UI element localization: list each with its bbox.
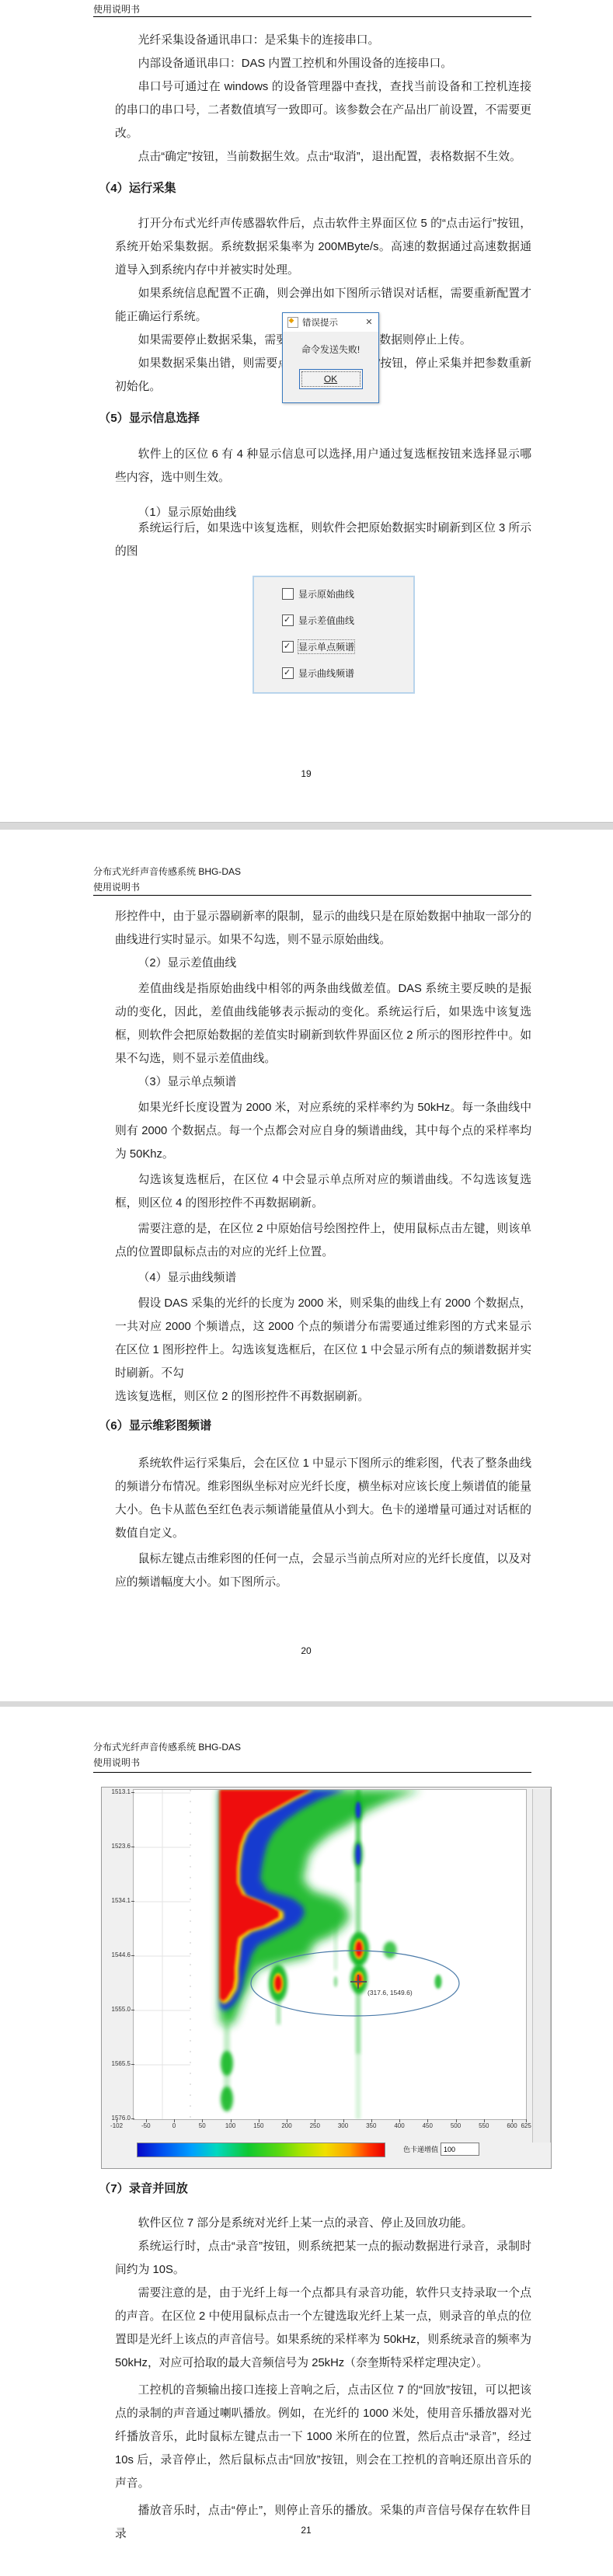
paragraph: 软件区位 7 部分是系统对光纤上某一点的录音、停止及回放功能。 <box>115 2212 531 2235</box>
page-body: 光纤采集设备通讯串口：是采集卡的连接串口。内部设备通讯串口：DAS 内置工控机和… <box>115 29 531 563</box>
display-option-row[interactable]: 显示原始曲线 <box>282 587 354 600</box>
close-icon[interactable]: ✕ <box>362 315 376 329</box>
x-axis-tick-label: 250 <box>303 2122 326 2129</box>
spectrogram-canvas: (317.6, 1549.6) <box>134 1790 526 2119</box>
y-axis-tick <box>131 1792 134 1793</box>
x-axis-tick-label: -102 <box>105 2122 128 2129</box>
x-axis-tick-label: 450 <box>416 2122 439 2129</box>
manual-page-19: 使用说明书 光纤采集设备通讯串口：是采集卡的连接串口。内部设备通讯串口：DAS … <box>0 0 613 822</box>
grid-lines <box>134 1790 190 2119</box>
page-number: 20 <box>267 1645 345 1656</box>
x-axis-tick-label: 200 <box>275 2122 298 2129</box>
paragraph: 鼠标左键点击维彩图的任何一点，会显示当前点所对应的光纤长度值，以及对应的频谱幅度… <box>115 1547 531 1594</box>
paragraph: 选该复选框，则区位 2 的图形控件不再数据刷新。 <box>115 1385 531 1408</box>
y-axis-tick-label: 1555.0 <box>102 2006 131 2014</box>
display-option-row[interactable]: 显示差值曲线 <box>282 614 354 626</box>
x-axis-tick-label: 500 <box>444 2122 468 2129</box>
spectrogram-plot-area[interactable]: (317.6, 1549.6) <box>133 1789 527 2120</box>
x-axis-tick-label: 150 <box>247 2122 270 2129</box>
paragraph: 差值曲线是指原始曲线中相邻的两条曲线做差值。DAS 系统主要反映的是振动的变化，… <box>115 977 531 1070</box>
paragraph: 串口号可通过在 windows 的设备管理器中查找，查找当前设备和工控机连接的串… <box>115 75 531 145</box>
paragraph: 如果光纤长度设置为 2000 米，对应系统的采样率约为 50kHz。每一条曲线中… <box>115 1096 531 1166</box>
y-axis-tick-label: 1523.6 <box>102 1843 131 1850</box>
page-body: 形控件中，由于显示器刷新率的限制，显示的曲线只是在原始数据中抽取一部分的曲线进行… <box>115 905 531 1594</box>
page-header: 分布式光纤声音传感系统 BHG-DAS 使用说明书 <box>93 1739 241 1770</box>
y-axis-tick <box>131 1847 134 1847</box>
error-dialog: 错误提示 ✕ 命令发送失败! OK <box>282 312 379 403</box>
paragraph: 形控件中，由于显示器刷新率的限制，显示的曲线只是在原始数据中抽取一部分的曲线进行… <box>115 905 531 952</box>
x-axis-tick-label: -50 <box>134 2122 158 2129</box>
energy-heatmap-blobs <box>220 1790 442 2119</box>
paragraph: 播放音乐时，点击“停止”，则停止音乐的播放。采集的声音信号保存在软件目录 <box>115 2499 531 2546</box>
page-number: 19 <box>267 768 345 779</box>
header-rule <box>93 895 531 896</box>
display-option-row[interactable]: 显示曲线频谱 <box>282 667 354 679</box>
section-heading: （6）显示维彩图频谱 <box>99 1415 531 1438</box>
paragraph: 需要注意的是，在区位 2 中原始信号绘图控件上，使用鼠标点击左键，则该单点的位置… <box>115 1217 531 1264</box>
color-scale-bar <box>137 2143 385 2157</box>
x-axis-tick-label: 0 <box>162 2122 186 2129</box>
checkbox-label: 显示单点频谱 <box>298 640 354 653</box>
paragraph: 工控机的音频输出接口连接上音响之后，点击区位 7 的“回放”按钮，可以把该点的录… <box>115 2379 531 2495</box>
y-axis-tick <box>131 1901 134 1902</box>
paragraph: 系统运行后，如果选中该复选框，则软件会把原始数据实时刷新到区位 3 所示的图 <box>115 517 531 563</box>
dialog-message: 命令发送失败! <box>283 343 378 356</box>
page-header: 分布式光纤声音传感系统 BHG-DAS 使用说明书 <box>93 864 241 895</box>
y-axis-tick-label: 1534.1 <box>102 1897 131 1905</box>
figure-scrollbar[interactable] <box>532 1789 551 2143</box>
y-axis-tick <box>131 2010 134 2010</box>
paragraph: 需要注意的是，由于光纤上每一个点都具有录音功能，软件只支持录取一个点的声音。在区… <box>115 2282 531 2375</box>
header-rule <box>93 1772 531 1773</box>
page-body: （7）录音并回放软件区位 7 部分是系统对光纤上某一点的录音、停止及回放功能。系… <box>115 2177 531 2546</box>
page-separator <box>0 1701 613 1707</box>
checkbox-checked-icon[interactable] <box>282 667 294 679</box>
paragraph: 系统软件运行采集后，会在区位 1 中显示下图所示的维彩图，代表了整条曲线的频谱分… <box>115 1452 531 1545</box>
checkbox-checked-icon[interactable] <box>282 641 294 653</box>
checkbox-checked-icon[interactable] <box>282 614 294 626</box>
header-line1: 分布式光纤声音传感系统 BHG-DAS <box>93 864 241 879</box>
paragraph: 点击“确定”按钮，当前数据生效。点击“取消”，退出配置，表格数据不生效。 <box>115 145 531 169</box>
paragraph: 内部设备通讯串口：DAS 内置工控机和外围设备的连接串口。 <box>115 52 531 75</box>
display-options-panel: 显示原始曲线显示差值曲线显示单点频谱显示曲线频谱 <box>253 576 415 694</box>
y-axis-tick <box>131 2064 134 2065</box>
checkbox-label: 显示曲线频谱 <box>298 667 354 680</box>
manual-page-21: 分布式光纤声音传感系统 BHG-DAS 使用说明书 <box>0 1707 613 2576</box>
dialog-titlebar: 错误提示 ✕ <box>283 313 378 332</box>
section-heading: （4）运行采集 <box>99 177 531 200</box>
paragraph: 假设 DAS 采集的光纤的长度为 2000 米，则采集的曲线上有 2000 个数… <box>115 1292 531 1385</box>
header-line2: 使用说明书 <box>93 1755 241 1770</box>
paragraph: 光纤采集设备通讯串口：是采集卡的连接串口。 <box>115 29 531 52</box>
checkbox-label: 显示差值曲线 <box>298 614 354 627</box>
x-axis-tick-label: 625 <box>514 2122 538 2129</box>
dialog-warning-icon <box>287 317 298 328</box>
page-header: 使用说明书 <box>93 2 140 17</box>
section-heading: （3）显示单点频谱 <box>115 1070 531 1094</box>
x-axis-tick-label: 550 <box>472 2122 496 2129</box>
paragraph: 系统运行时，点击“录音”按钮，则系统把某一点的振动数据进行录音，录制时间约为 1… <box>115 2235 531 2282</box>
header-line2: 使用说明书 <box>93 879 241 895</box>
paragraph: 软件上的区位 6 有 4 种显示信息可以选择,用户通过复选框按钮来选择显示哪些内… <box>115 443 531 489</box>
y-axis-tick <box>131 2118 134 2119</box>
display-option-row[interactable]: 显示单点频谱 <box>282 640 354 653</box>
colorbar-increment-input[interactable] <box>441 2143 479 2156</box>
cursor-coordinates-label: (317.6, 1549.6) <box>367 1989 413 1996</box>
paragraph: 勾选该复选框后，在区位 4 中会显示单点所对应的频谱曲线。不勾选该复选框，则区位… <box>115 1168 531 1215</box>
section-heading: （2）显示差值曲线 <box>115 952 531 975</box>
section-heading: （7）录音并回放 <box>99 2177 531 2201</box>
y-axis-tick-label: 1513.1 <box>102 1788 131 1796</box>
section-heading: （4）显示曲线频谱 <box>115 1266 531 1290</box>
checkbox-label: 显示原始曲线 <box>298 587 354 600</box>
checkbox-unchecked-icon[interactable] <box>282 588 294 600</box>
x-axis-tick-label: 350 <box>360 2122 383 2129</box>
y-axis-tick <box>131 1955 134 1956</box>
paragraph: 打开分布式光纤声传感器软件后，点击软件主界面区位 5 的“点击运行”按钮，系统开… <box>115 212 531 282</box>
colorbar-increment-label: 色卡递增值 <box>403 2144 438 2154</box>
header-rule <box>93 16 531 17</box>
dialog-title: 错误提示 <box>302 316 362 329</box>
manual-page-20: 分布式光纤声音传感系统 BHG-DAS 使用说明书 形控件中，由于显示器刷新率的… <box>0 830 613 1701</box>
ok-button[interactable]: OK <box>299 369 363 389</box>
y-axis-tick-label: 1544.6 <box>102 1951 131 1959</box>
x-axis-tick-label: 100 <box>219 2122 242 2129</box>
page-number: 21 <box>267 2525 345 2536</box>
header-line1: 分布式光纤声音传感系统 BHG-DAS <box>93 1739 241 1755</box>
x-axis-tick-label: 300 <box>332 2122 355 2129</box>
section-heading: （5）显示信息选择 <box>99 407 531 430</box>
waterfall-spectrogram-figure: (317.6, 1549.6) 色卡递增值 1513.11523.61534.1… <box>101 1787 552 2169</box>
x-axis-tick-label: 400 <box>388 2122 411 2129</box>
y-axis-tick-label: 1565.5 <box>102 2060 131 2068</box>
x-axis-tick-label: 50 <box>190 2122 214 2129</box>
